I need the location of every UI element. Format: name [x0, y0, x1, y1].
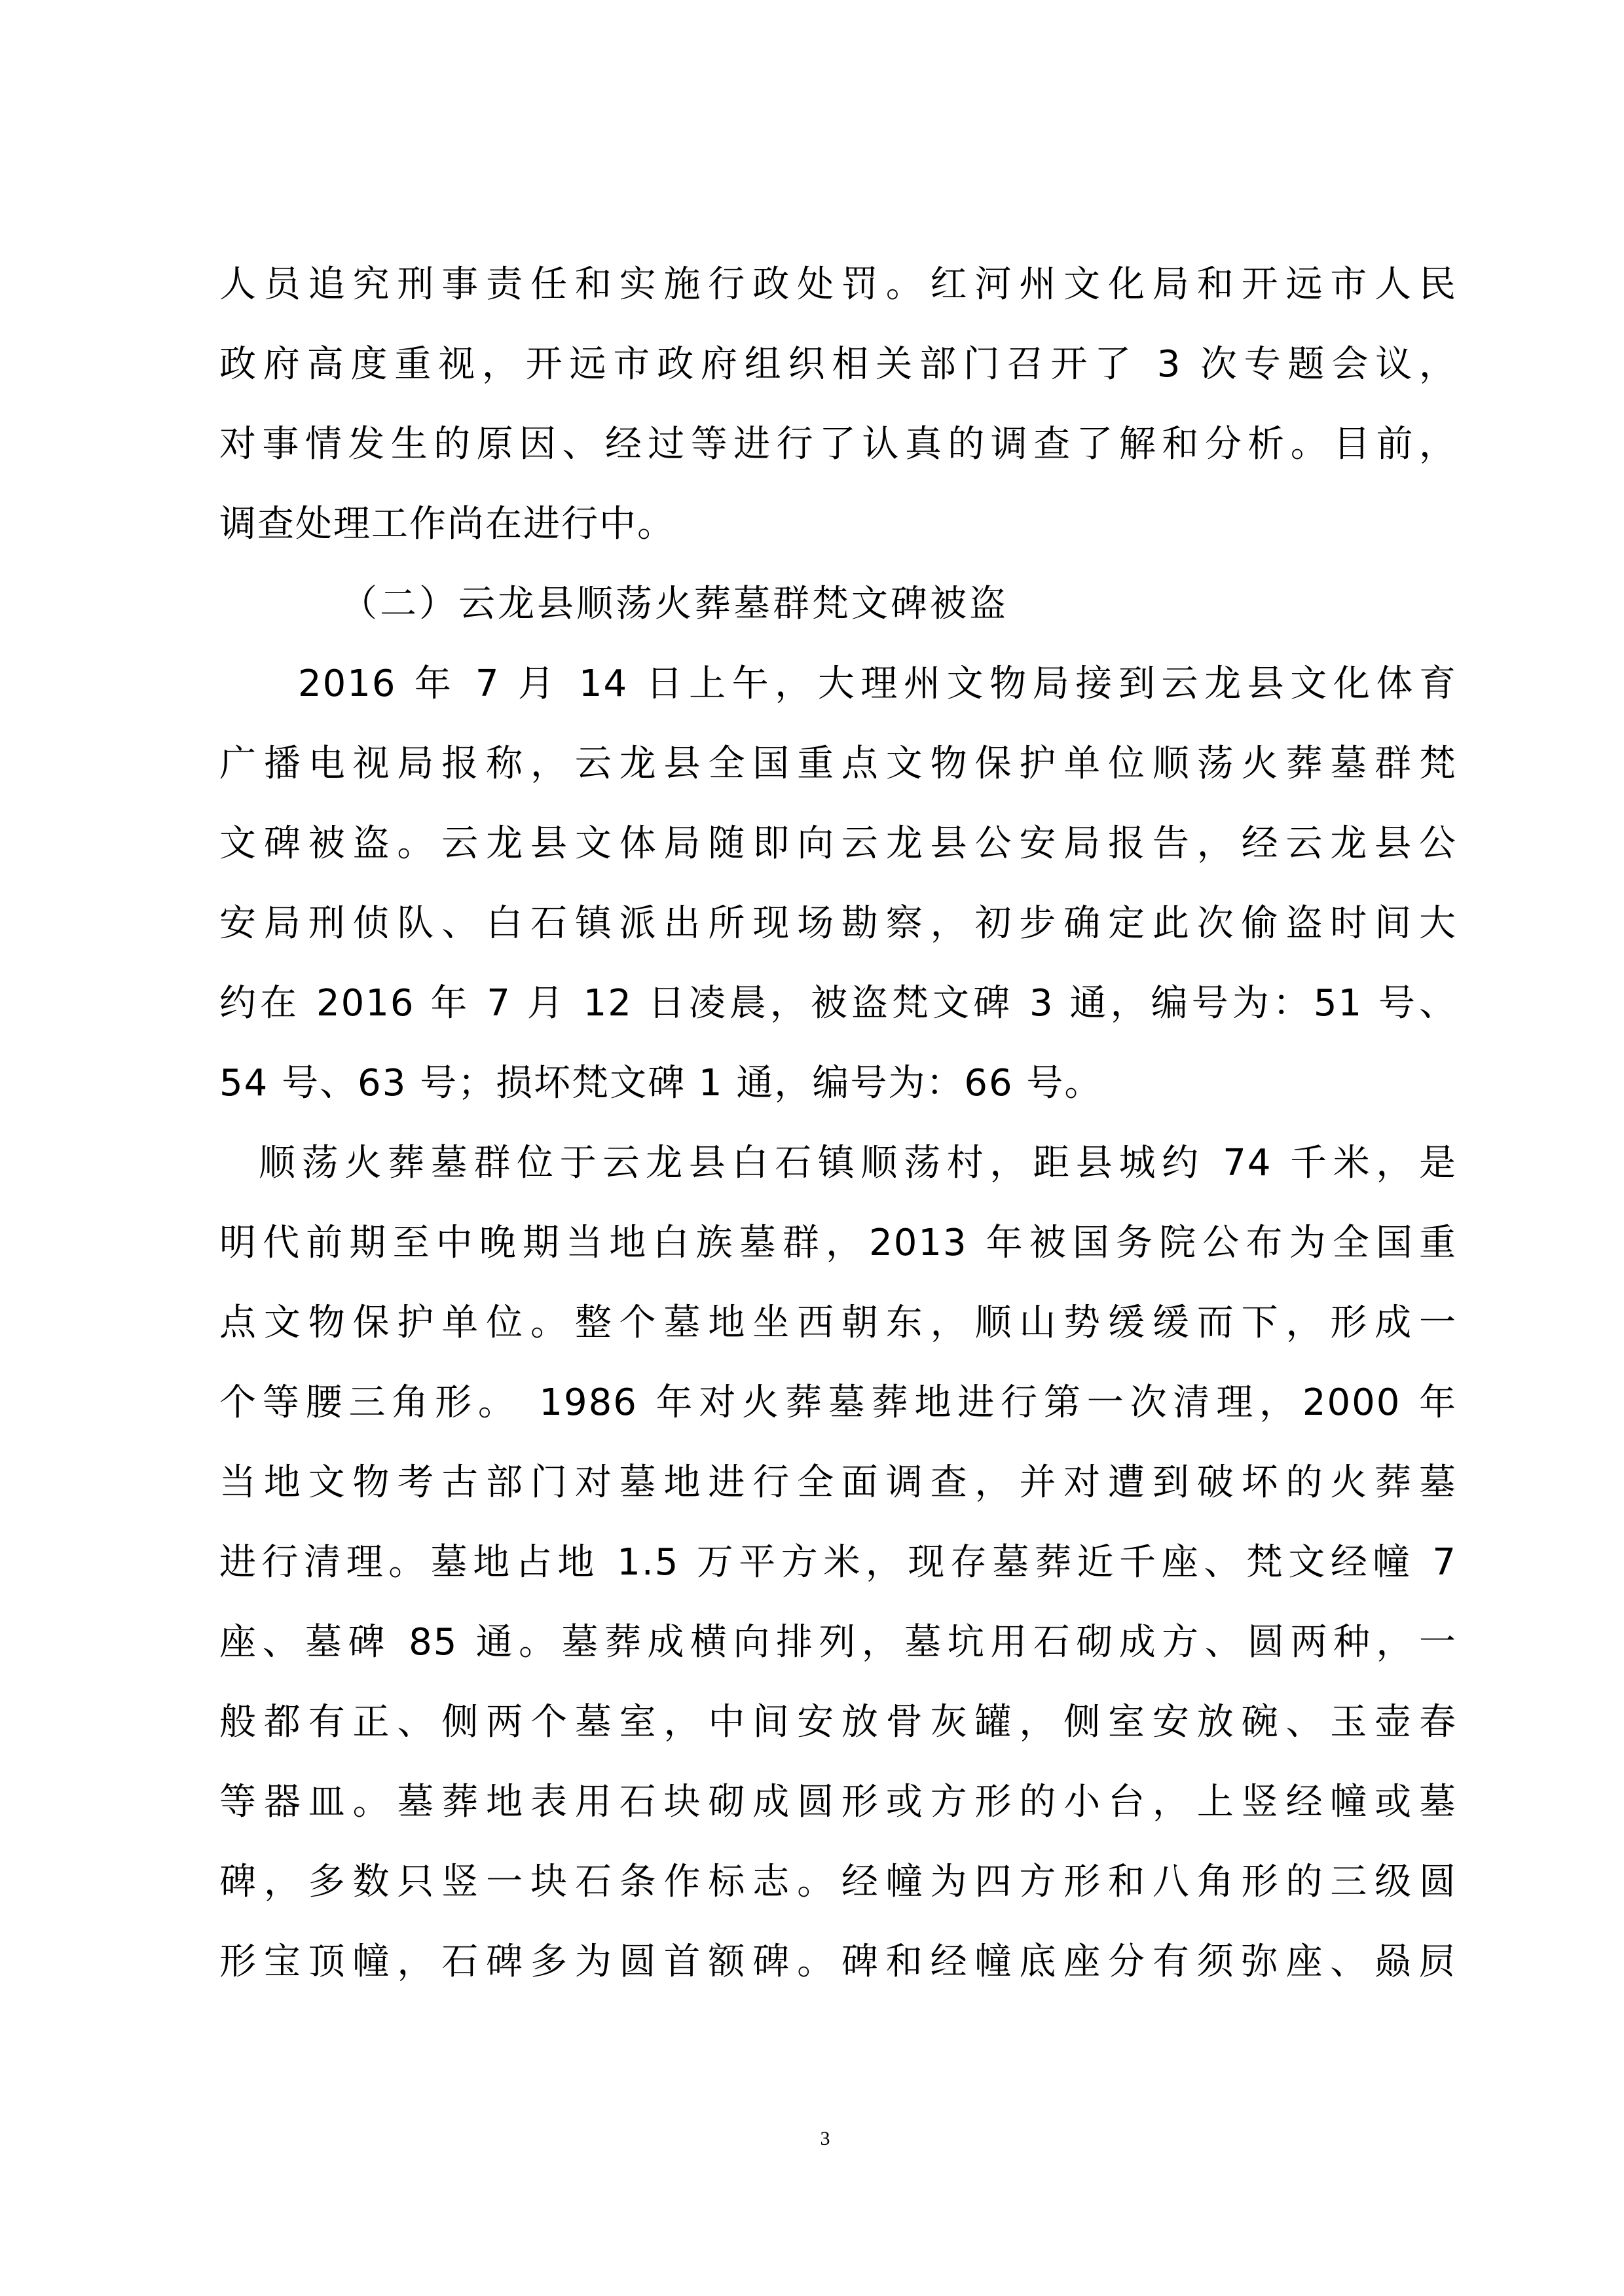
paragraph-line: 座、墓碑 85 通。墓葬成横向排列，墓坑用石砌成方、圆两种，一 [219, 1610, 1457, 1675]
paragraph-line: 明代前期至中晚期当地白族墓群，2013 年被国务院公布为全国重 [219, 1211, 1457, 1276]
paragraph-line: 般都有正、侧两个墓室，中间安放骨灰罐，侧室安放碗、玉壶春 [219, 1690, 1457, 1755]
paragraph-line: 个等腰三角形。 1986 年对火葬墓葬地进行第一次清理，2000 年 [219, 1370, 1457, 1436]
paragraph-line: 文碑被盗。云龙县文体局随即向云龙县公安局报告，经云龙县公 [219, 811, 1457, 877]
document-page: 人员追究刑事责任和实施行政处罚。红河州文化局和开远市人民 政府高度重视，开远市政… [0, 0, 1624, 2296]
paragraph-line: 碑，多数只竖一块石条作标志。经幢为四方形和八角形的三级圆 [219, 1850, 1457, 1915]
paragraph-line: 当地文物考古部门对墓地进行全面调查，并对遭到破坏的火葬墓 [219, 1450, 1457, 1516]
paragraph-line: 广播电视局报称，云龙县全国重点文物保护单位顺荡火葬墓群梵 [219, 731, 1457, 797]
paragraph-line: 等器皿。墓葬地表用石块砌成圆形或方形的小台，上竖经幢或墓 [219, 1770, 1457, 1835]
section-heading: （二）云龙县顺荡火葬墓群梵文碑被盗 [341, 572, 1008, 637]
paragraph-line: 约在 2016 年 7 月 12 日凌晨，被盗梵文碑 3 通，编号为：51 号、 [219, 971, 1457, 1036]
paragraph-line: 对事情发生的原因、经过等进行了认真的调查了解和分析。目前， [219, 412, 1457, 477]
paragraph-line: 调查处理工作尚在进行中。 [219, 492, 1457, 557]
paragraph-line: 安局刑侦队、白石镇派出所现场勘察，初步确定此次偷盗时间大 [219, 891, 1457, 957]
paragraph-line: 人员追究刑事责任和实施行政处罚。红河州文化局和开远市人民 [219, 252, 1457, 318]
page-number: 3 [812, 2128, 838, 2150]
paragraph-line: 点文物保护单位。整个墓地坐西朝东，顺山势缓缓而下，形成一 [219, 1290, 1457, 1356]
paragraph-line: 政府高度重视，开远市政府组织相关部门召开了 3 次专题会议， [219, 332, 1457, 397]
paragraph-line: 进行清理。墓地占地 1.5 万平方米，现存墓葬近千座、梵文经幢 7 [219, 1530, 1457, 1595]
paragraph-line: 顺荡火葬墓群位于云龙县白石镇顺荡村，距县城约 74 千米，是 [259, 1131, 1457, 1196]
paragraph-line: 54 号、63 号；损坏梵文碑 1 通，编号为：66 号。 [219, 1051, 1457, 1116]
paragraph-line: 2016 年 7 月 14 日上午，大理州文物局接到云龙县文化体育 [298, 651, 1457, 717]
paragraph-line: 形宝顶幢，石碑多为圆首额碑。碑和经幢底座分有须弥座、赑屃 [219, 1929, 1457, 1995]
